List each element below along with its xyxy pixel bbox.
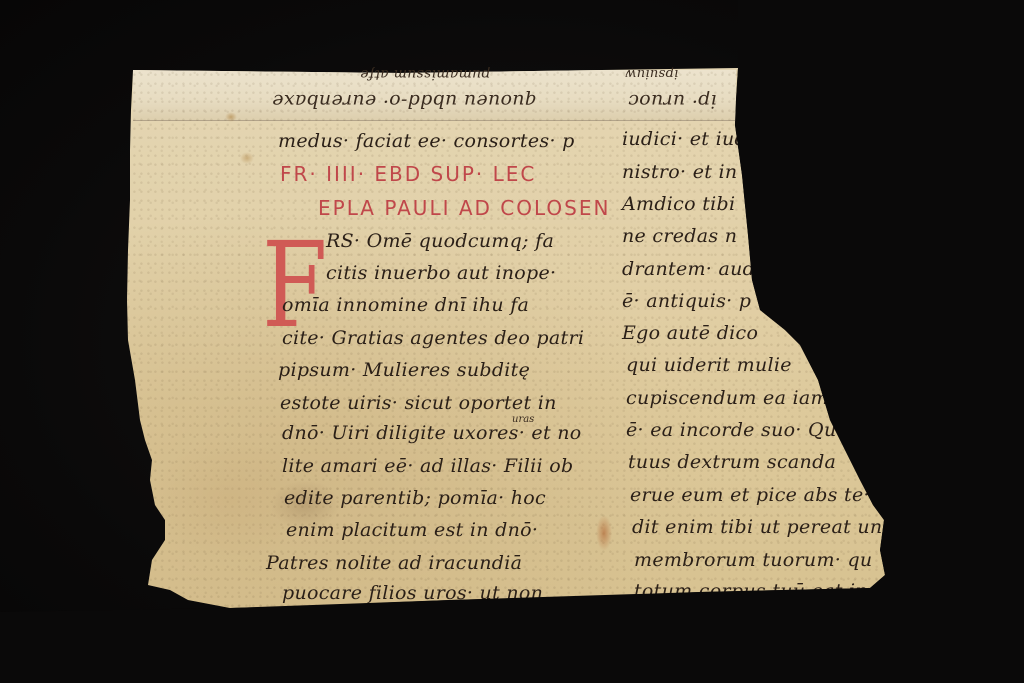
rubric-line-2: EPLA PAULI AD COLOSEN <box>318 196 610 220</box>
left-line-0: medus· faciat ee· consortes· p <box>278 130 575 152</box>
left-line-5: pipsum· Mulieres subditę <box>278 359 530 381</box>
rubric-line-1: FR· IIII· EBD SUP· LEC <box>280 162 536 186</box>
right-line-5: drantem· aud <box>622 258 755 280</box>
left-line-3: omīa innomine dnī ihu fa <box>282 294 529 316</box>
left-line-6: estote uiris· sicut oportet in <box>280 392 557 414</box>
stain-top2 <box>240 152 254 164</box>
right-line-4: ne credas n <box>622 225 737 247</box>
stain-top <box>225 112 237 122</box>
top-strip-line-1: pumamissum atfe <box>360 66 490 82</box>
left-line-1: RS· Omē quodcumq; fa <box>326 230 554 252</box>
left-line-10: enim placitum est in dnō· <box>286 519 538 541</box>
stain-fold <box>596 515 612 551</box>
left-line-8: lite amari eē· ad illas· Filii ob <box>282 455 573 477</box>
right-line-7: Ego autē dico <box>622 322 758 344</box>
photo-stage: pumamissum atfe quoueu ubdd-o· eurenbaxe… <box>0 0 1024 683</box>
left-line-2: citis inuerbo aut inope· <box>326 262 556 284</box>
right-line-14: membrorum tuorum· qu <box>634 549 872 571</box>
left-line-7: dnō· Uiri diligite uxores· et no <box>282 422 582 444</box>
right-line-9: cupiscendum ea iam <box>626 387 829 409</box>
left-line-4: cite· Gratias agentes deo patri <box>282 327 584 349</box>
top-strip-line-2: quoueu ubdd-o· eurenbaxe <box>272 90 537 112</box>
right-line-13: dit enim tibi ut pereat un <box>632 516 882 538</box>
right-line-2: nistro· et in <box>622 161 737 183</box>
right-line-6: ē· antiquis· p <box>622 290 751 312</box>
right-line-15: totum corpus tuū eat in <box>634 580 868 602</box>
right-line-12: erue eum et pice abs te· E <box>630 484 890 506</box>
top-strip-right-line-1: ipsuiuw <box>625 66 678 81</box>
top-strip-right-line-2: ip· uruoc <box>628 90 717 112</box>
right-line-1: iudici· et iud <box>622 128 747 150</box>
left-line-11: Patres nolite ad iracundiā <box>266 552 522 574</box>
right-line-3: Amdico tibi <box>622 193 735 215</box>
right-line-11: tuus dextrum scanda <box>628 451 836 473</box>
left-line-12: puocare filios uros· ut non <box>282 582 543 604</box>
right-line-10: ē· ea incorde suo· Quo <box>626 419 848 441</box>
left-line-9: edite parentib; pomīa· hoc <box>284 487 546 509</box>
right-line-8: qui uiderit mulie <box>626 354 792 376</box>
